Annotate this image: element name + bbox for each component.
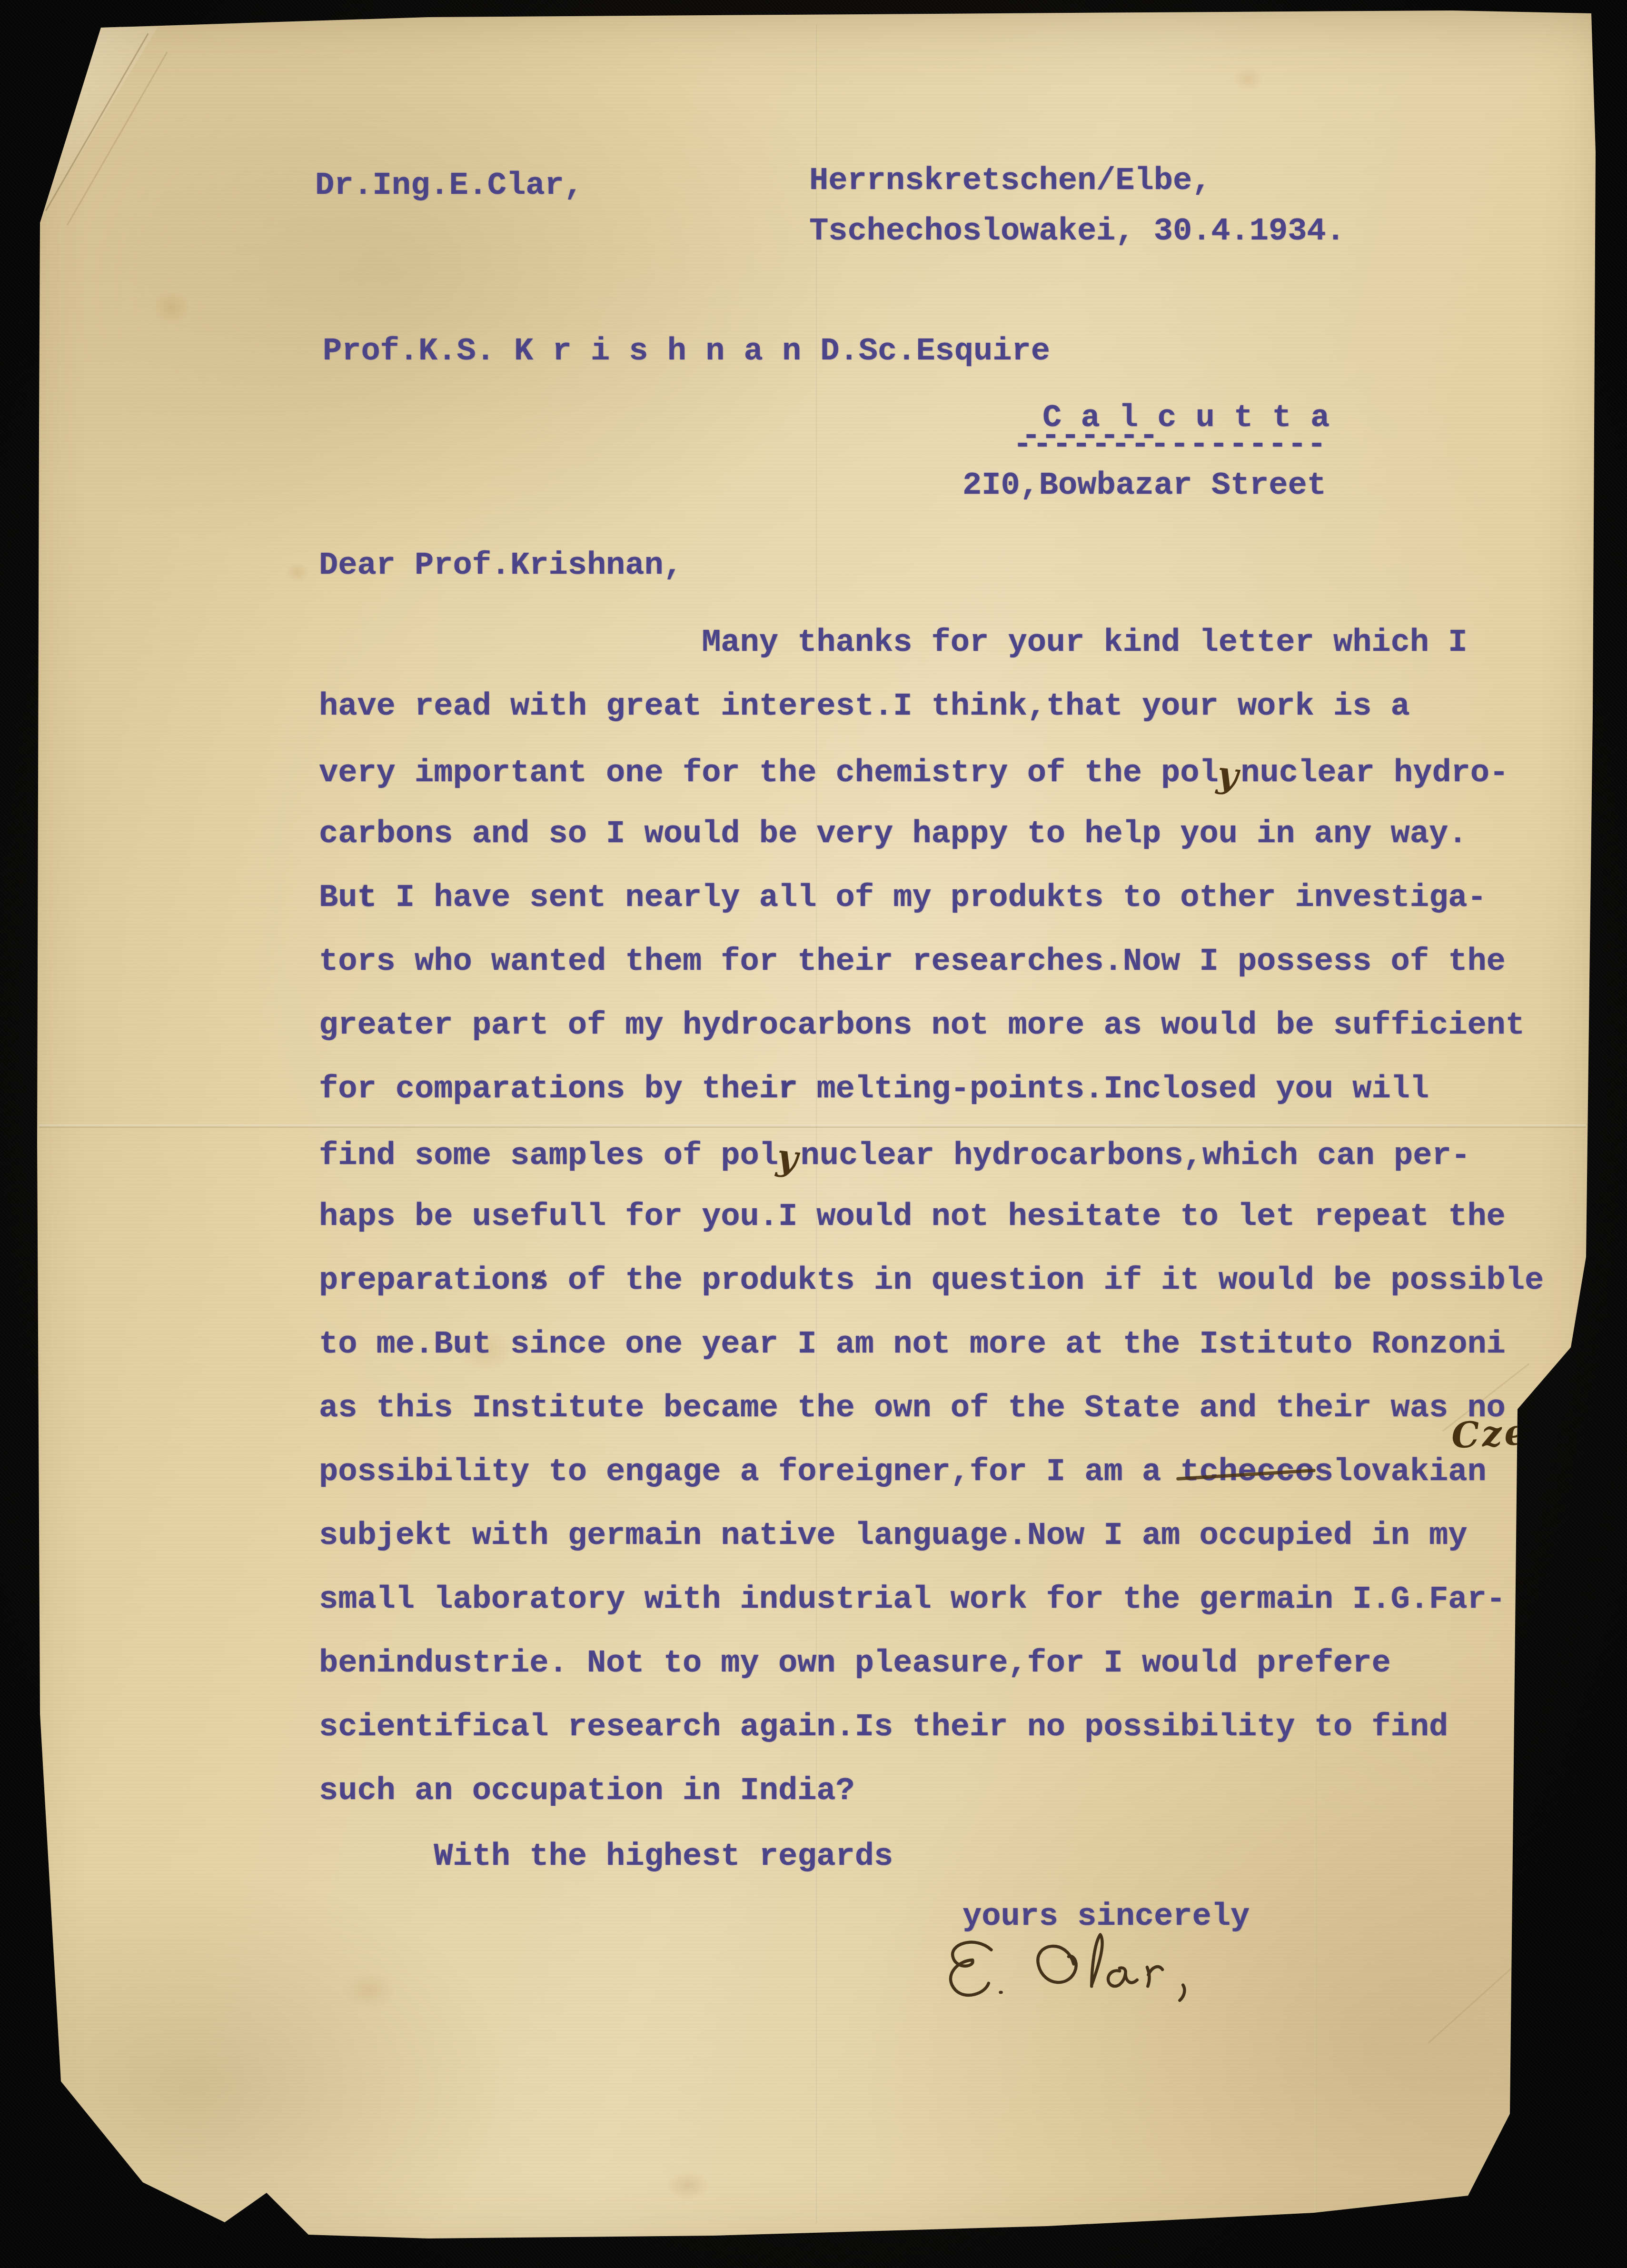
paper-stain (343, 1971, 395, 2009)
paper-stain (666, 2171, 709, 2199)
place-line: Herrnskretschen/Elbe, (809, 163, 1211, 199)
body-line: haps be usefull for you.I would not hesi… (319, 1198, 1544, 1262)
paper-stain (1534, 1750, 1552, 1768)
segment-slash: s (529, 1263, 548, 1299)
segment-text: subjekt with germain native language.Now… (319, 1518, 1467, 1554)
date-line: Tschechoslowakei, 30.4.1934. (809, 213, 1345, 249)
scan-background: Dr.Ing.E.Clar, Herrnskretschen/Elbe, Tsc… (0, 0, 1627, 2268)
signature-scrawl (932, 1923, 1258, 2011)
segment-strike: tchecco (1180, 1454, 1314, 1490)
body-line: such an occupation in India? (319, 1772, 1544, 1836)
body-line: carbons and so I would be very happy to … (319, 815, 1544, 879)
salutation: Dear Prof.Krishnan, (319, 547, 683, 584)
body-line: have read with great interest.I think,th… (319, 687, 1544, 751)
paper-stain (152, 290, 190, 324)
segment-dark: r (778, 1071, 797, 1107)
segment-text: slovakian (1314, 1454, 1487, 1490)
segment-text: nuclear hydro- (1240, 755, 1508, 791)
body-line: benindustrie. Not to my own pleasure,for… (319, 1644, 1544, 1708)
segment-text: Bu (319, 880, 357, 916)
signature-text: E. Clar. (1255, 1923, 1256, 1924)
segment-text: small laboratory with industrial work fo… (319, 1582, 1506, 1618)
body-line: possibility to engage a foreigner,for I … (319, 1453, 1544, 1517)
segment-text: greater part of my hydrocarbons not more… (319, 1007, 1525, 1044)
segment-text: melting-points.Inclosed you will (797, 1071, 1429, 1107)
fold-crease-line (67, 51, 168, 225)
body-line: preparations of the produkts in question… (319, 1262, 1544, 1325)
folded-corner (39, 27, 158, 222)
letter-paper: Dr.Ing.E.Clar, Herrnskretschen/Elbe, Tsc… (0, 0, 1627, 2268)
recipient-line: Prof.K.S. K r i s h n a n D.Sc.Esquire (323, 333, 1050, 369)
body-line: find some samples of polynuclear hydroca… (319, 1134, 1544, 1198)
body-line: small laboratory with industrial work fo… (319, 1581, 1544, 1644)
segment-text: carbons and so I would be very happy to … (319, 816, 1467, 852)
segment-text: for comparations by thei (319, 1071, 778, 1107)
segment-text: such an occupation in India? (319, 1773, 855, 1809)
segment-text: re (1352, 1645, 1390, 1681)
signature: E. Clar. (932, 1923, 1258, 2016)
street-line: 2I0,Bowbazar Street (962, 468, 1326, 504)
segment-dark: e (1333, 1645, 1352, 1681)
segment-text: haps be usefull for you.I would not hesi… (319, 1199, 1506, 1235)
body-line: as this Institute became the own of the … (319, 1389, 1544, 1453)
segment-text: benindustrie. Not to my own pleasure,for… (319, 1645, 1333, 1681)
handwritten-annotation: Czecho (1450, 1409, 1607, 1455)
segment-text: find some samples of pol (319, 1138, 778, 1174)
segment-text: very important one for the chemistry of … (319, 755, 1219, 791)
fold-crease-line (45, 33, 149, 211)
segment-text: I have sent nearly all of my produkts to… (377, 880, 1487, 916)
segment-hand: y (1215, 753, 1244, 798)
body-line: tors who wanted them for their researche… (319, 943, 1544, 1006)
segment-dark: t (357, 880, 376, 916)
sender-name: Dr.Ing.E.Clar, (315, 168, 583, 204)
closing-line: With the highest regards (319, 1839, 893, 1875)
segment-text: Many thanks for your kind letter which I (702, 625, 1467, 661)
paper-stain (1233, 67, 1263, 91)
body-line: scientifical research again.Is their no … (319, 1708, 1544, 1772)
segment-text: scientifical research again.Is their no … (319, 1709, 1448, 1745)
letter-body: Many thanks for your kind letter which I… (319, 624, 1544, 1836)
city-underline: ---------------- (1013, 440, 1327, 449)
segment-text: possibility to engage a foreigner,for I … (319, 1454, 1180, 1490)
body-line: subjekt with germain native language.Now… (319, 1517, 1544, 1581)
body-line: But I have sent nearly all of my produkt… (319, 879, 1544, 943)
segment-text: have read with great interest.I think,th… (319, 688, 1410, 725)
body-line: Many thanks for your kind letter which I (319, 624, 1544, 687)
paper-stain (286, 562, 309, 583)
segment-hand: y (775, 1135, 804, 1181)
segment-text: nuclear hydrocarbons,which can per- (801, 1138, 1470, 1174)
body-line: greater part of my hydrocarbons not more… (319, 1006, 1544, 1070)
corner-crease-line (1428, 1963, 1518, 2044)
body-line: to me.But since one year I am not more a… (319, 1325, 1544, 1389)
body-line: very important one for the chemistry of … (319, 751, 1544, 815)
segment-text: preparation (319, 1263, 529, 1299)
segment-text: tors who wanted them for their researche… (319, 944, 1506, 980)
segment-text: as this Institute became the own of the … (319, 1390, 1506, 1426)
body-line: for comparations by their melting-points… (319, 1070, 1544, 1134)
segment-text: of the produkts in question if it would … (549, 1263, 1544, 1299)
segment-text: to me.But since one year I am not more a… (319, 1326, 1506, 1363)
